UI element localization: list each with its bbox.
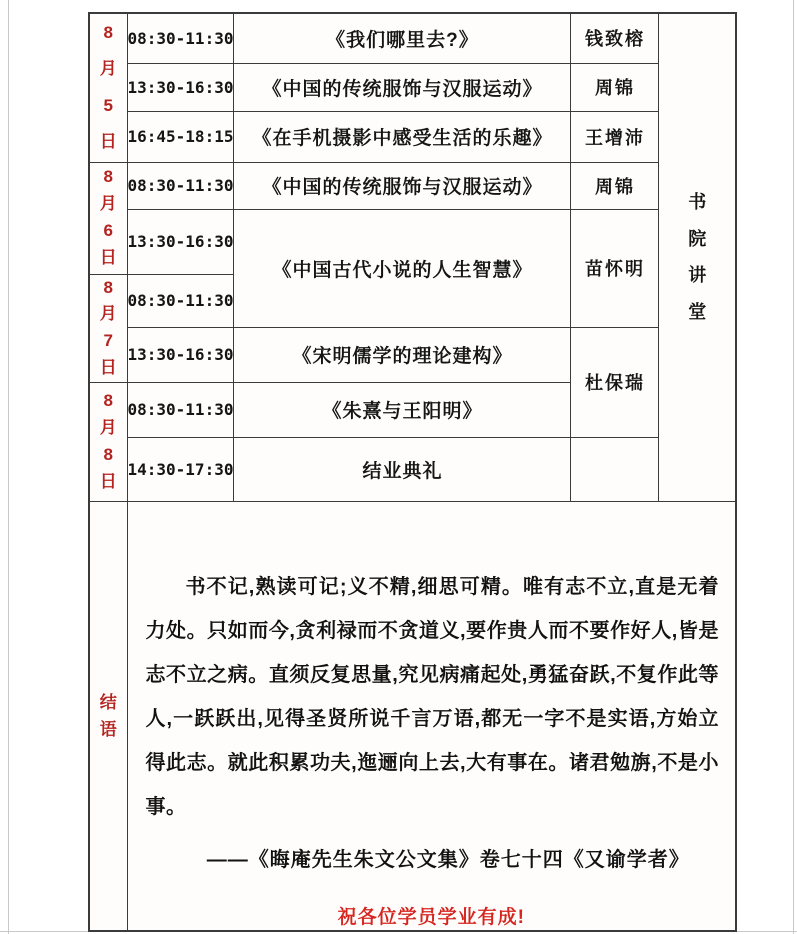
- time-cell: 08:30-11:30: [127, 274, 234, 327]
- time-cell: 16:45-18:15: [127, 111, 234, 162]
- date-cell: 8月6日: [89, 162, 127, 274]
- table-row: 13:30-16:30 《中国古代小说的人生智慧》 苗怀明: [89, 209, 736, 274]
- table-row: 16:45-18:15 《在手机摄影中感受生活的乐趣》 王增沛: [89, 111, 736, 162]
- course-cell-merged: 《中国古代小说的人生智慧》: [234, 209, 571, 327]
- course-cell: 结业典礼: [234, 437, 571, 501]
- conclusion-row: 结语 书不记,熟读可记;义不精,细思可精。唯有志不立,直是无着力处。只如而今,贪…: [89, 501, 736, 931]
- teacher-cell: 周锦: [571, 63, 659, 111]
- time-cell: 14:30-17:30: [127, 437, 234, 501]
- teacher-cell: 周锦: [571, 162, 659, 209]
- date-label: 8月6日: [98, 164, 119, 271]
- course-cell: 《我们哪里去?》: [234, 13, 571, 63]
- course-cell: 《朱熹与王阳明》: [234, 382, 571, 437]
- date-cell: 8月8日: [89, 382, 127, 501]
- page-border-right: [793, 0, 794, 934]
- conclusion-content-cell: 书不记,熟读可记;义不精,细思可精。唯有志不立,直是无着力处。只如而今,贪利禄而…: [127, 501, 736, 931]
- table-row: 13:30-16:30 《宋明儒学的理论建构》 杜保瑞: [89, 327, 736, 382]
- table-row: 8月6日 08:30-11:30 《中国的传统服饰与汉服运动》 周锦: [89, 162, 736, 209]
- time-cell: 08:30-11:30: [127, 13, 234, 63]
- teacher-cell: 王增沛: [571, 111, 659, 162]
- time-cell: 08:30-11:30: [127, 382, 234, 437]
- time-cell: 13:30-16:30: [127, 327, 234, 382]
- conclusion-label-cell: 结语: [89, 501, 127, 931]
- schedule-table: 8月5日 08:30-11:30 《我们哪里去?》 钱致榕 书院讲堂 13:30…: [88, 12, 737, 932]
- date-label: 8月8日: [98, 388, 119, 495]
- conclusion-quote: 书不记,熟读可记;义不精,细思可精。唯有志不立,直是无着力处。只如而今,贪利禄而…: [146, 565, 719, 829]
- course-cell: 《中国的传统服饰与汉服运动》: [234, 162, 571, 209]
- page-border-left: [8, 0, 9, 934]
- date-cell: 8月7日: [89, 274, 127, 382]
- teacher-cell: 钱致榕: [571, 13, 659, 63]
- document-page: 8月5日 08:30-11:30 《我们哪里去?》 钱致榕 书院讲堂 13:30…: [0, 0, 797, 934]
- teacher-cell: [571, 437, 659, 501]
- location-cell: 书院讲堂: [659, 13, 736, 501]
- time-cell: 08:30-11:30: [127, 162, 234, 209]
- closing-wish: 祝各位学员学业有成!: [128, 902, 735, 929]
- course-cell: 《在手机摄影中感受生活的乐趣》: [234, 111, 571, 162]
- time-cell: 13:30-16:30: [127, 209, 234, 274]
- table-row: 13:30-16:30 《中国的传统服饰与汉服运动》 周锦: [89, 63, 736, 111]
- date-label: 8月5日: [98, 15, 119, 161]
- teacher-cell-merged: 杜保瑞: [571, 327, 659, 437]
- course-cell: 《宋明儒学的理论建构》: [234, 327, 571, 382]
- table-row: 14:30-17:30 结业典礼: [89, 437, 736, 501]
- date-label: 8月7日: [98, 275, 119, 382]
- course-cell: 《中国的传统服饰与汉服运动》: [234, 63, 571, 111]
- time-cell: 13:30-16:30: [127, 63, 234, 111]
- conclusion-label: 结语: [98, 689, 119, 743]
- location-label: 书院讲堂: [686, 184, 709, 332]
- teacher-cell-merged: 苗怀明: [571, 209, 659, 327]
- table-row: 8月5日 08:30-11:30 《我们哪里去?》 钱致榕 书院讲堂: [89, 13, 736, 63]
- date-cell: 8月5日: [89, 13, 127, 162]
- quote-attribution: ——《晦庵先生朱文公文集》卷七十四《又谕学者》: [128, 843, 735, 872]
